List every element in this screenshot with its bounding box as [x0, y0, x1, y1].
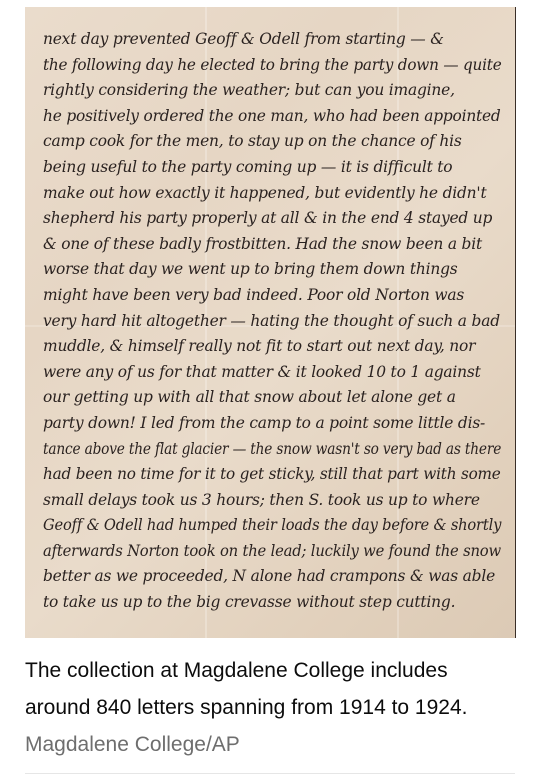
handwritten-line: muddle, & himself really not fit to star…: [43, 334, 501, 360]
handwritten-line: he positively ordered the one man, who h…: [43, 104, 500, 130]
handwritten-line: better as we proceeded, N alone had cram…: [43, 564, 501, 590]
handwritten-line: party down! I led from the camp to a poi…: [43, 411, 501, 437]
handwritten-line: very hard hit altogether — hating the th…: [43, 309, 501, 335]
handwritten-line: tance above the flat glacier — the snow …: [43, 437, 450, 463]
handwritten-line: worse that day we went up to bring them …: [43, 257, 501, 283]
image-caption: The collection at Magdalene College incl…: [25, 652, 517, 763]
handwritten-line: shepherd his party properly at all & in …: [43, 206, 501, 232]
handwritten-line: to take us up to the big crevasse withou…: [43, 590, 501, 616]
handwritten-line: camp cook for the men, to stay up on the…: [43, 129, 501, 155]
handwritten-line: next day prevented Geoff & Odell from st…: [43, 27, 501, 53]
handwritten-line: afterwards Norton took on the lead; luck…: [43, 539, 481, 565]
photo-credit: Magdalene College/AP: [25, 733, 240, 756]
handwritten-line: being useful to the party coming up — it…: [43, 155, 501, 181]
handwritten-line: make out how exactly it happened, but ev…: [43, 181, 501, 207]
handwritten-line: Geoff & Odell had humped their loads the…: [43, 513, 478, 539]
caption-text: The collection at Magdalene College incl…: [25, 659, 467, 719]
letter-image: next day prevented Geoff & Odell from st…: [25, 7, 516, 638]
handwritten-line: were any of us for that matter & it look…: [43, 360, 501, 386]
handwritten-text: next day prevented Geoff & Odell from st…: [43, 27, 503, 616]
handwritten-line: the following day he elected to bring th…: [43, 53, 494, 79]
handwritten-line: our getting up with all that snow about …: [43, 385, 501, 411]
handwritten-line: had been no time for it to get sticky, s…: [43, 462, 495, 488]
handwritten-line: small delays took us 3 hours; then S. to…: [43, 488, 501, 514]
divider: [25, 773, 515, 774]
handwritten-line: & one of these badly frostbitten. Had th…: [43, 232, 501, 258]
handwritten-line: might have been very bad indeed. Poor ol…: [43, 283, 501, 309]
handwritten-line: rightly considering the weather; but can…: [43, 78, 501, 104]
